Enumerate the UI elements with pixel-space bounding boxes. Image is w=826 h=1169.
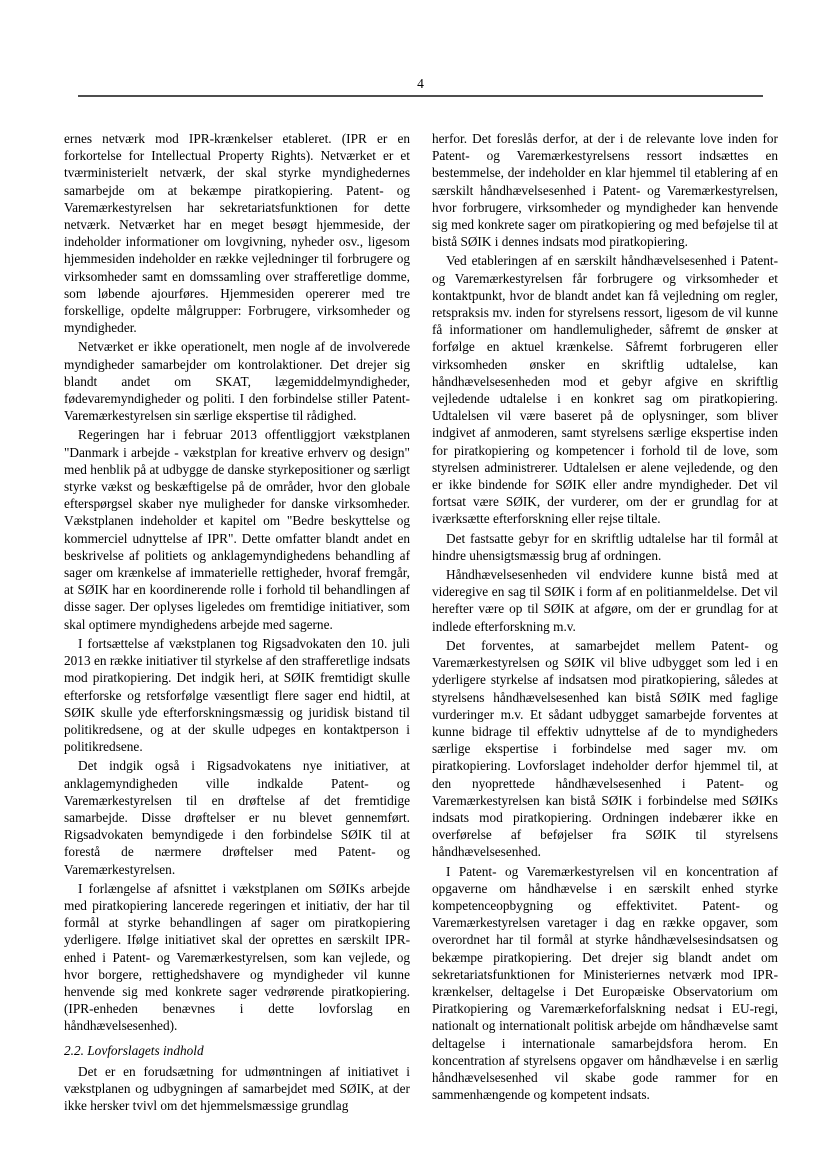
body-paragraph: Netværket er ikke operationelt, men nogl… (64, 338, 410, 424)
body-paragraph: I fortsættelse af vækstplanen tog Rigsad… (64, 635, 410, 755)
text-columns: ernes netværk mod IPR-krænkelser etabler… (64, 130, 826, 1116)
body-paragraph: I Patent- og Varemærkestyrelsen vil en k… (432, 863, 778, 1104)
body-paragraph: Det forventes, at samarbejdet mellem Pat… (432, 637, 778, 861)
body-paragraph: Ved etableringen af en særskilt håndhæve… (432, 252, 778, 527)
body-paragraph: herfor. Det foreslås derfor, at der i de… (432, 130, 778, 250)
body-paragraph: Håndhævelsesenheden vil endvidere kunne … (432, 566, 778, 635)
left-column: ernes netværk mod IPR-krænkelser etabler… (64, 130, 410, 1116)
body-paragraph: Det er en forudsætning for udmøntningen … (64, 1063, 410, 1115)
right-column: herfor. Det foreslås derfor, at der i de… (432, 130, 778, 1116)
document-page: 4 ernes netværk mod IPR-krænkelser etabl… (0, 0, 826, 1169)
section-heading: 2.2. Lovforslagets indhold (64, 1042, 410, 1059)
body-paragraph: I forlængelse af afsnittet i vækstplanen… (64, 880, 410, 1035)
body-paragraph: Det fastsatte gebyr for en skriftlig udt… (432, 530, 778, 564)
body-paragraph: Det indgik også i Rigsadvokatens nye ini… (64, 757, 410, 877)
page-number: 4 (78, 77, 763, 91)
body-paragraph: Regeringen har i februar 2013 offentligg… (64, 426, 410, 632)
body-paragraph: ernes netværk mod IPR-krænkelser etabler… (64, 130, 410, 336)
page-header: 4 (78, 0, 763, 97)
header-rule (78, 95, 763, 97)
